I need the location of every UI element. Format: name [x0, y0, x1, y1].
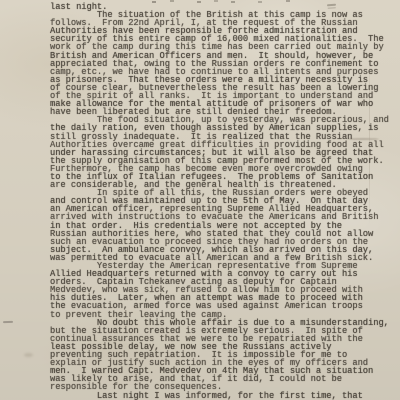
smudge-mark — [24, 353, 33, 357]
document-page: last night. The situation of the British… — [0, 0, 400, 400]
document-text: last night. The situation of the British… — [50, 3, 400, 400]
pencil-mark — [3, 321, 13, 323]
text-line: Last night I was informed, for the first… — [50, 391, 400, 399]
clipped-line-fragments — [0, 0, 4, 2]
